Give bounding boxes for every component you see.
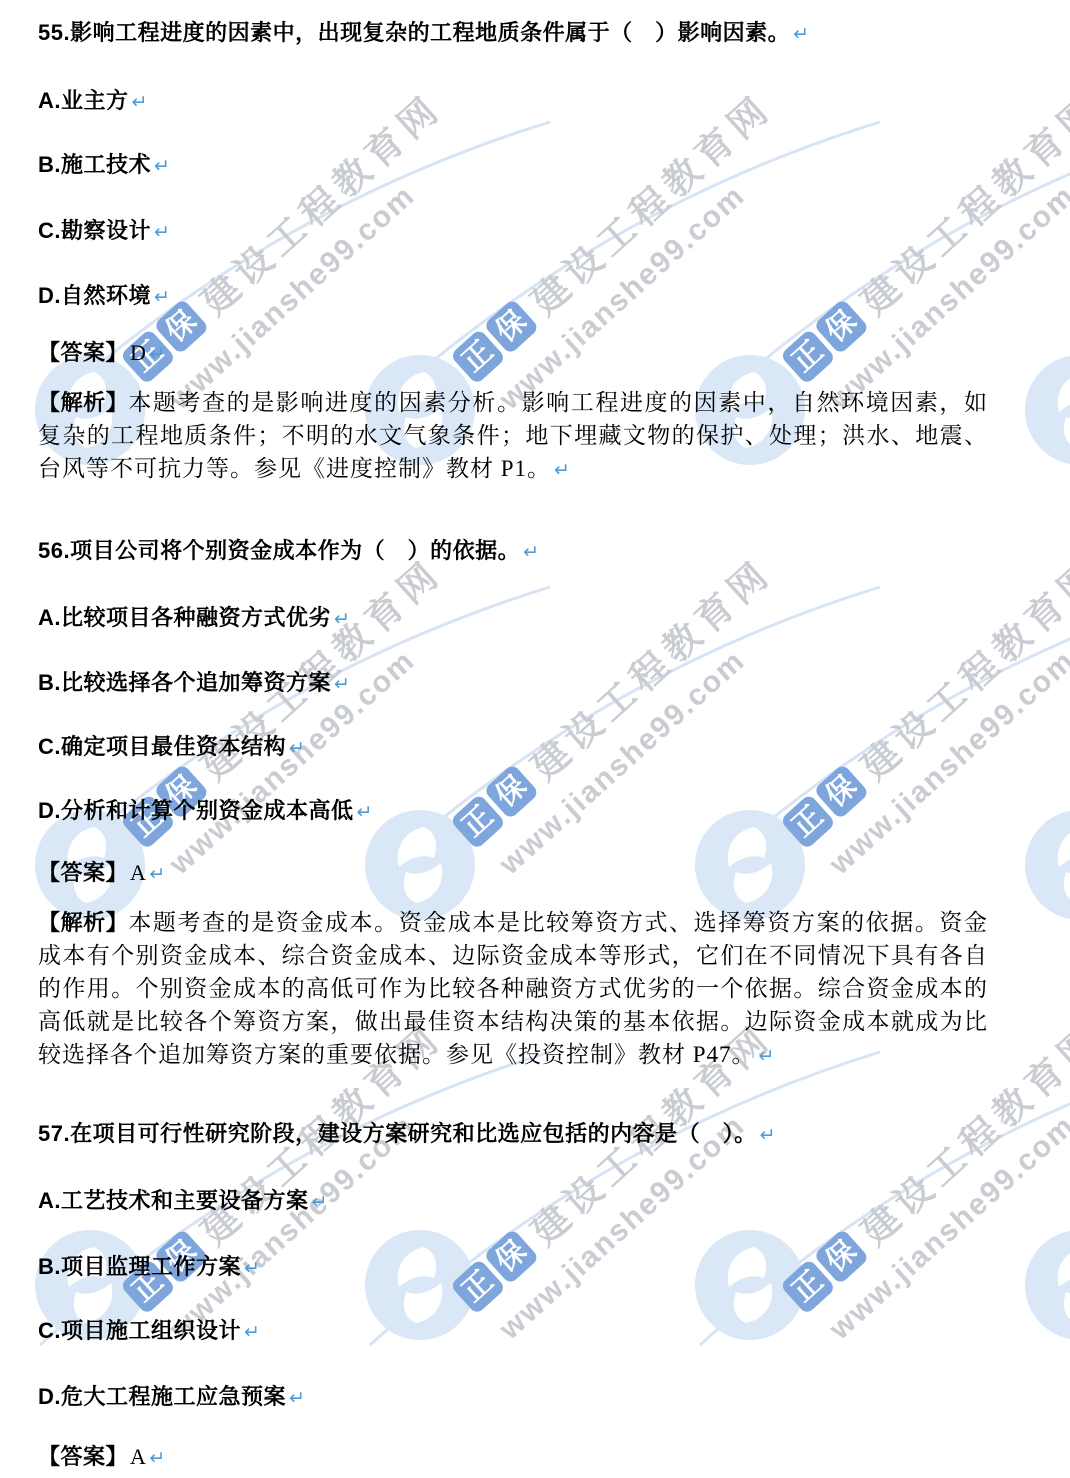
option-line-d: D.自然环境↵ [38, 281, 988, 311]
paragraph-mark-icon: ↵ [149, 863, 165, 885]
paragraph-mark-icon: ↵ [357, 801, 373, 823]
answer-label: 【答案】 [38, 340, 128, 365]
question-stem: 57.在项目可行性研究阶段，建设方案研究和比选应包括的内容是（ ）。↵ [38, 1119, 988, 1149]
option-line-b: B.项目监理工作方案↵ [38, 1252, 988, 1282]
option-text: B.施工技术 [38, 152, 151, 177]
paragraph-mark-icon: ↵ [154, 155, 170, 177]
paragraph-mark-icon: ↵ [289, 737, 305, 759]
analysis-paragraph: 【解析】本题考查的是影响进度的因素分析。影响工程进度的因素中，自然环境因素，如复… [38, 386, 988, 485]
option-line-b: B.比较选择各个追加筹资方案↵ [38, 668, 988, 698]
option-text: D.自然环境 [38, 283, 151, 308]
question-block-55: 55.影响工程进度的因素中，出现复杂的工程地质条件属于（ ）影响因素。↵A.业主… [38, 18, 988, 485]
answer-value: A [130, 860, 146, 885]
paragraph-mark-icon: ↵ [312, 1191, 328, 1213]
answer-value: D [130, 340, 146, 365]
answer-label: 【答案】 [38, 860, 128, 885]
option-text: A.工艺技术和主要设备方案 [38, 1188, 309, 1213]
option-text: D.分析和计算个别资金成本高低 [38, 798, 354, 823]
question-stem: 55.影响工程进度的因素中，出现复杂的工程地质条件属于（ ）影响因素。↵ [38, 18, 988, 48]
option-line-d: D.危大工程施工应急预案↵ [38, 1382, 988, 1412]
paragraph-mark-icon: ↵ [334, 673, 350, 695]
option-text: C.勘察设计 [38, 218, 151, 243]
content: 55.影响工程进度的因素中，出现复杂的工程地质条件属于（ ）影响因素。↵A.业主… [0, 0, 1070, 1472]
paragraph-mark-icon: ↵ [149, 1447, 165, 1469]
paragraph-mark-icon: ↵ [289, 1387, 305, 1409]
option-text: B.项目监理工作方案 [38, 1254, 241, 1279]
question-stem-text: 57.在项目可行性研究阶段，建设方案研究和比选应包括的内容是（ ）。 [38, 1121, 757, 1146]
analysis-paragraph: 【解析】本题考查的是资金成本。资金成本是比较筹资方式、选择筹资方案的依据。资金成… [38, 906, 988, 1071]
paragraph-mark-icon: ↵ [244, 1257, 260, 1279]
option-line-d: D.分析和计算个别资金成本高低↵ [38, 796, 988, 826]
question-stem-text: 55.影响工程进度的因素中，出现复杂的工程地质条件属于（ ）影响因素。 [38, 20, 790, 45]
question-block-57: 57.在项目可行性研究阶段，建设方案研究和比选应包括的内容是（ ）。↵A.工艺技… [38, 1119, 988, 1472]
option-text: C.项目施工组织设计 [38, 1318, 241, 1343]
option-text: C.确定项目最佳资本结构 [38, 734, 286, 759]
option-text: A.业主方 [38, 88, 129, 113]
paragraph-mark-icon: ↵ [793, 23, 809, 45]
answer-line: 【答案】A↵ [38, 1442, 988, 1472]
paragraph-mark-icon: ↵ [154, 221, 170, 243]
option-text: D.危大工程施工应急预案 [38, 1384, 286, 1409]
analysis-text: 本题考查的是资金成本。资金成本是比较筹资方式、选择筹资方案的依据。资金成本有个别… [38, 910, 988, 1067]
option-line-a: A.业主方↵ [38, 86, 988, 116]
option-line-c: C.确定项目最佳资本结构↵ [38, 732, 988, 762]
answer-value: A [130, 1444, 146, 1469]
option-line-a: A.工艺技术和主要设备方案↵ [38, 1186, 988, 1216]
option-text: B.比较选择各个追加筹资方案 [38, 670, 331, 695]
analysis-label: 【解析】 [38, 390, 128, 415]
question-block-56: 56.项目公司将个别资金成本作为（ ）的依据。↵A.比较项目各种融资方式优劣↵B… [38, 536, 988, 1071]
question-stem: 56.项目公司将个别资金成本作为（ ）的依据。↵ [38, 536, 988, 566]
paragraph-mark-icon: ↵ [149, 343, 165, 365]
paragraph-mark-icon: ↵ [244, 1321, 260, 1343]
paragraph-mark-icon: ↵ [759, 1045, 776, 1067]
answer-label: 【答案】 [38, 1444, 128, 1469]
answer-line: 【答案】D↵ [38, 338, 988, 368]
paragraph-mark-icon: ↵ [760, 1124, 776, 1146]
paragraph-mark-icon: ↵ [554, 459, 571, 481]
paragraph-mark-icon: ↵ [334, 608, 350, 630]
answer-line: 【答案】A↵ [38, 858, 988, 888]
analysis-text: 本题考查的是影响进度的因素分析。影响工程进度的因素中，自然环境因素，如复杂的工程… [38, 390, 988, 481]
option-text: A.比较项目各种融资方式优劣 [38, 605, 331, 630]
paragraph-mark-icon: ↵ [132, 91, 148, 113]
option-line-c: C.勘察设计↵ [38, 216, 988, 246]
option-line-b: B.施工技术↵ [38, 150, 988, 180]
analysis-label: 【解析】 [38, 910, 128, 935]
paragraph-mark-icon: ↵ [154, 286, 170, 308]
document-page: 正保建设工程教育网www.jianshe99.com正保建设工程教育网www.j… [0, 0, 1070, 1478]
option-line-a: A.比较项目各种融资方式优劣↵ [38, 603, 988, 633]
option-line-c: C.项目施工组织设计↵ [38, 1316, 988, 1346]
question-stem-text: 56.项目公司将个别资金成本作为（ ）的依据。 [38, 538, 520, 563]
paragraph-mark-icon: ↵ [523, 541, 539, 563]
